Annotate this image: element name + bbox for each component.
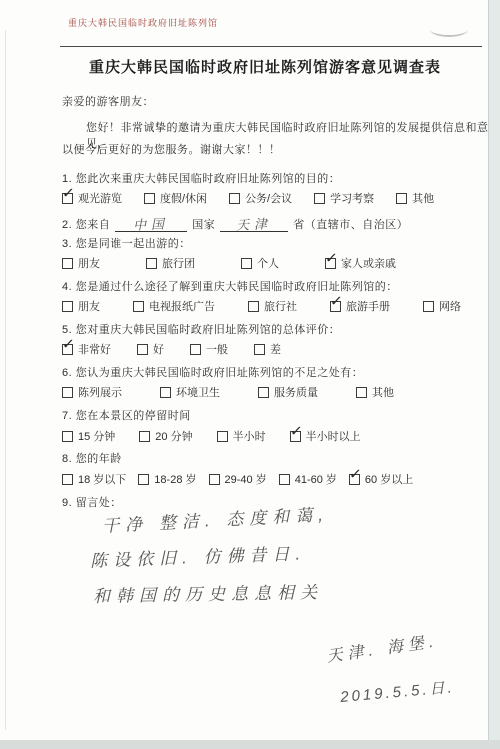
- letterhead-text: 重庆大韩民国临时政府旧址陈列馆: [68, 16, 218, 29]
- option-label: 29-40 岁: [225, 471, 267, 487]
- question-3-label: 3. 您是同谁一起出游的：: [62, 235, 191, 251]
- question-5-options: ✓非常好 ✓好 ✓一般 ✓差: [62, 341, 281, 357]
- checkbox-icon: ✓: [62, 431, 73, 442]
- option-vacation: ✓度假/休闲: [144, 190, 207, 206]
- checkbox-icon: ✓: [279, 474, 290, 485]
- checkbox-icon: ✓: [62, 258, 73, 269]
- option-label: 一般: [206, 341, 228, 357]
- option-label: 度假/休闲: [160, 190, 207, 206]
- option-label: 好: [153, 341, 164, 357]
- checkbox-icon: ✓: [330, 301, 341, 312]
- scanned-survey-form: 重庆大韩民国临时政府旧址陈列馆 重庆大韩民国临时政府旧址陈列馆游客意见调查表 亲…: [0, 0, 500, 749]
- question-2-prefix: 2. 您来自: [62, 219, 110, 231]
- option-half-hour: ✓半小时: [217, 428, 266, 444]
- scan-artifact-mark: [430, 28, 468, 37]
- question-4-options: ✓朋友 ✓电视报纸广告 ✓旅行社 ✓旅游手册 ✓网络: [62, 298, 461, 314]
- question-1-label: 1. 您此次来重庆大韩民国临时政府旧址陈列馆的目的：: [62, 170, 340, 186]
- option-label: 旅行社: [264, 298, 297, 314]
- option-business: ✓公务/会议: [229, 190, 292, 206]
- check-icon: ✓: [329, 293, 343, 309]
- checkbox-icon: ✓: [209, 474, 220, 485]
- question-6-label: 6. 您认为重庆大韩民国临时政府旧址陈列馆的不足之处有：: [62, 364, 363, 380]
- greeting: 亲爱的游客朋友：: [62, 93, 154, 109]
- checkbox-icon: ✓: [144, 193, 155, 204]
- option-label: 差: [270, 341, 281, 357]
- scan-edge-left: [5, 30, 6, 730]
- checkbox-icon: ✓: [229, 193, 240, 204]
- checkbox-icon: ✓: [290, 431, 301, 442]
- option-label: 个人: [257, 255, 279, 271]
- scan-edge-right: [488, 0, 500, 749]
- option-over-half-hour: ✓半小时以上: [290, 428, 361, 444]
- option-poor: ✓差: [254, 341, 281, 357]
- option-label: 旅行团: [162, 255, 195, 271]
- handwritten-date: 2019.5.5.日.: [339, 676, 455, 707]
- question-7-label: 7. 您在本景区的停留时间: [62, 407, 191, 423]
- option-29-40: ✓29-40 岁: [209, 471, 267, 487]
- option-label: 41-60 岁: [295, 471, 337, 487]
- checkbox-icon: ✓: [258, 387, 269, 398]
- option-alone: ✓个人: [241, 255, 279, 271]
- option-study: ✓学习考察: [314, 190, 374, 206]
- option-sightseeing: ✓观光游览: [62, 190, 122, 206]
- scan-edge-bottom: [0, 740, 500, 749]
- handwritten-message-line-1: 干净 整洁. 态度和蔼,: [102, 500, 330, 537]
- checkbox-icon: ✓: [160, 387, 171, 398]
- checkbox-icon: ✓: [241, 258, 252, 269]
- option-excellent: ✓非常好: [62, 341, 111, 357]
- check-icon: ✓: [61, 185, 75, 201]
- option-internet: ✓网络: [423, 298, 461, 314]
- option-label: 其他: [372, 384, 394, 400]
- option-label: 非常好: [78, 341, 111, 357]
- checkbox-icon: ✓: [62, 193, 73, 204]
- option-label: 15 分钟: [78, 428, 115, 444]
- checkbox-icon: ✓: [349, 474, 360, 485]
- fill-blank-province: 天津: [220, 212, 288, 232]
- question-9-label: 9. 留言处：: [62, 494, 122, 510]
- check-icon: ✓: [289, 423, 303, 439]
- option-label: 家人或亲戚: [341, 255, 396, 271]
- option-service-quality: ✓服务质量: [258, 384, 318, 400]
- option-label: 公务/会议: [245, 190, 292, 206]
- checkbox-icon: ✓: [248, 301, 259, 312]
- option-friends: ✓朋友: [62, 255, 100, 271]
- option-label: 观光游览: [78, 190, 122, 206]
- option-20min: ✓20 分钟: [139, 428, 192, 444]
- question-7-options: ✓15 分钟 ✓20 分钟 ✓半小时 ✓半小时以上: [62, 428, 361, 444]
- question-5-label: 5. 您对重庆大韩民国临时政府旧址陈列馆的总体评价：: [62, 321, 340, 337]
- checkbox-icon: ✓: [396, 193, 407, 204]
- checkbox-icon: ✓: [62, 474, 73, 485]
- form-title: 重庆大韩民国临时政府旧址陈列馆游客意见调查表: [55, 56, 475, 77]
- option-over-60: ✓60 岁以上: [349, 471, 413, 487]
- checkbox-icon: ✓: [139, 431, 150, 442]
- handwritten-signature: 天津. 海堡.: [325, 628, 439, 666]
- option-tv-ads: ✓电视报纸广告: [133, 298, 215, 314]
- checkbox-icon: ✓: [325, 258, 336, 269]
- option-average: ✓一般: [190, 341, 228, 357]
- checkbox-icon: ✓: [190, 344, 201, 355]
- handwritten-province: 天津: [236, 213, 273, 234]
- option-15min: ✓15 分钟: [62, 428, 115, 444]
- option-label: 18-28 岁: [154, 471, 196, 487]
- option-other: ✓其他: [396, 190, 434, 206]
- checkbox-icon: ✓: [217, 431, 228, 442]
- checkbox-icon: ✓: [62, 387, 73, 398]
- option-label: 旅游手册: [346, 298, 390, 314]
- question-2: 2. 您来自中国国家天津省（直辖市、自治区）: [62, 212, 408, 232]
- option-label: 朋友: [78, 255, 100, 271]
- question-6-options: ✓陈列展示 ✓环境卫生 ✓服务质量 ✓其他: [62, 384, 394, 400]
- checkbox-icon: ✓: [314, 193, 325, 204]
- question-1-options: ✓观光游览 ✓度假/休闲 ✓公务/会议 ✓学习考察 ✓其他: [62, 190, 434, 206]
- checkbox-icon: ✓: [62, 344, 73, 355]
- option-label: 20 分钟: [155, 428, 192, 444]
- question-2-suffix: 省（直辖市、自治区）: [293, 219, 408, 231]
- option-label: 朋友: [78, 298, 100, 314]
- question-4-label: 4. 您是通过什么途径了解到重庆大韩民国临时政府旧址陈列馆的：: [62, 278, 398, 294]
- option-label: 环境卫生: [176, 384, 220, 400]
- option-label: 学习考察: [330, 190, 374, 206]
- handwritten-country: 中国: [133, 213, 170, 234]
- option-18-28: ✓18-28 岁: [138, 471, 196, 487]
- checkbox-icon: ✓: [133, 301, 144, 312]
- fill-blank-country: 中国: [115, 212, 187, 232]
- option-label: 网络: [439, 298, 461, 314]
- letterhead-divider-line: [60, 46, 482, 47]
- option-label: 陈列展示: [78, 384, 122, 400]
- option-label: 服务质量: [274, 384, 318, 400]
- handwritten-message-line-3: 和韩国的历史息息相关: [93, 578, 323, 607]
- option-label: 60 岁以上: [365, 471, 413, 487]
- option-label: 半小时: [233, 428, 266, 444]
- option-travel-agency: ✓旅行社: [248, 298, 297, 314]
- option-41-60: ✓41-60 岁: [279, 471, 337, 487]
- checkbox-icon: ✓: [137, 344, 148, 355]
- option-good: ✓好: [137, 341, 164, 357]
- checkbox-icon: ✓: [146, 258, 157, 269]
- option-sanitation: ✓环境卫生: [160, 384, 220, 400]
- option-label: 半小时以上: [306, 428, 361, 444]
- option-friends: ✓朋友: [62, 298, 100, 314]
- checkbox-icon: ✓: [138, 474, 149, 485]
- option-tour-group: ✓旅行团: [146, 255, 195, 271]
- checkbox-icon: ✓: [356, 387, 367, 398]
- option-label: 电视报纸广告: [149, 298, 215, 314]
- option-family: ✓家人或亲戚: [325, 255, 396, 271]
- question-8-label: 8. 您的年龄: [62, 450, 122, 466]
- checkbox-icon: ✓: [62, 301, 73, 312]
- option-label: 18 岁以下: [78, 471, 126, 487]
- option-other: ✓其他: [356, 384, 394, 400]
- question-2-mid: 国家: [192, 219, 215, 231]
- check-icon: ✓: [348, 466, 362, 482]
- intro-line-2: 以便今后更好的为您服务。谢谢大家！！！: [62, 141, 281, 157]
- checkbox-icon: ✓: [254, 344, 265, 355]
- question-8-options: ✓18 岁以下 ✓18-28 岁 ✓29-40 岁 ✓41-60 岁 ✓60 岁…: [62, 471, 413, 487]
- option-guidebook: ✓旅游手册: [330, 298, 390, 314]
- option-label: 其他: [412, 190, 434, 206]
- handwritten-message-line-2: 陈设依旧. 仿佛昔日.: [90, 539, 307, 572]
- check-icon: ✓: [324, 250, 338, 266]
- checkbox-icon: ✓: [423, 301, 434, 312]
- option-exhibits: ✓陈列展示: [62, 384, 122, 400]
- check-icon: ✓: [61, 336, 75, 352]
- question-3-options: ✓朋友 ✓旅行团 ✓个人 ✓家人或亲戚: [62, 255, 396, 271]
- option-under-18: ✓18 岁以下: [62, 471, 126, 487]
